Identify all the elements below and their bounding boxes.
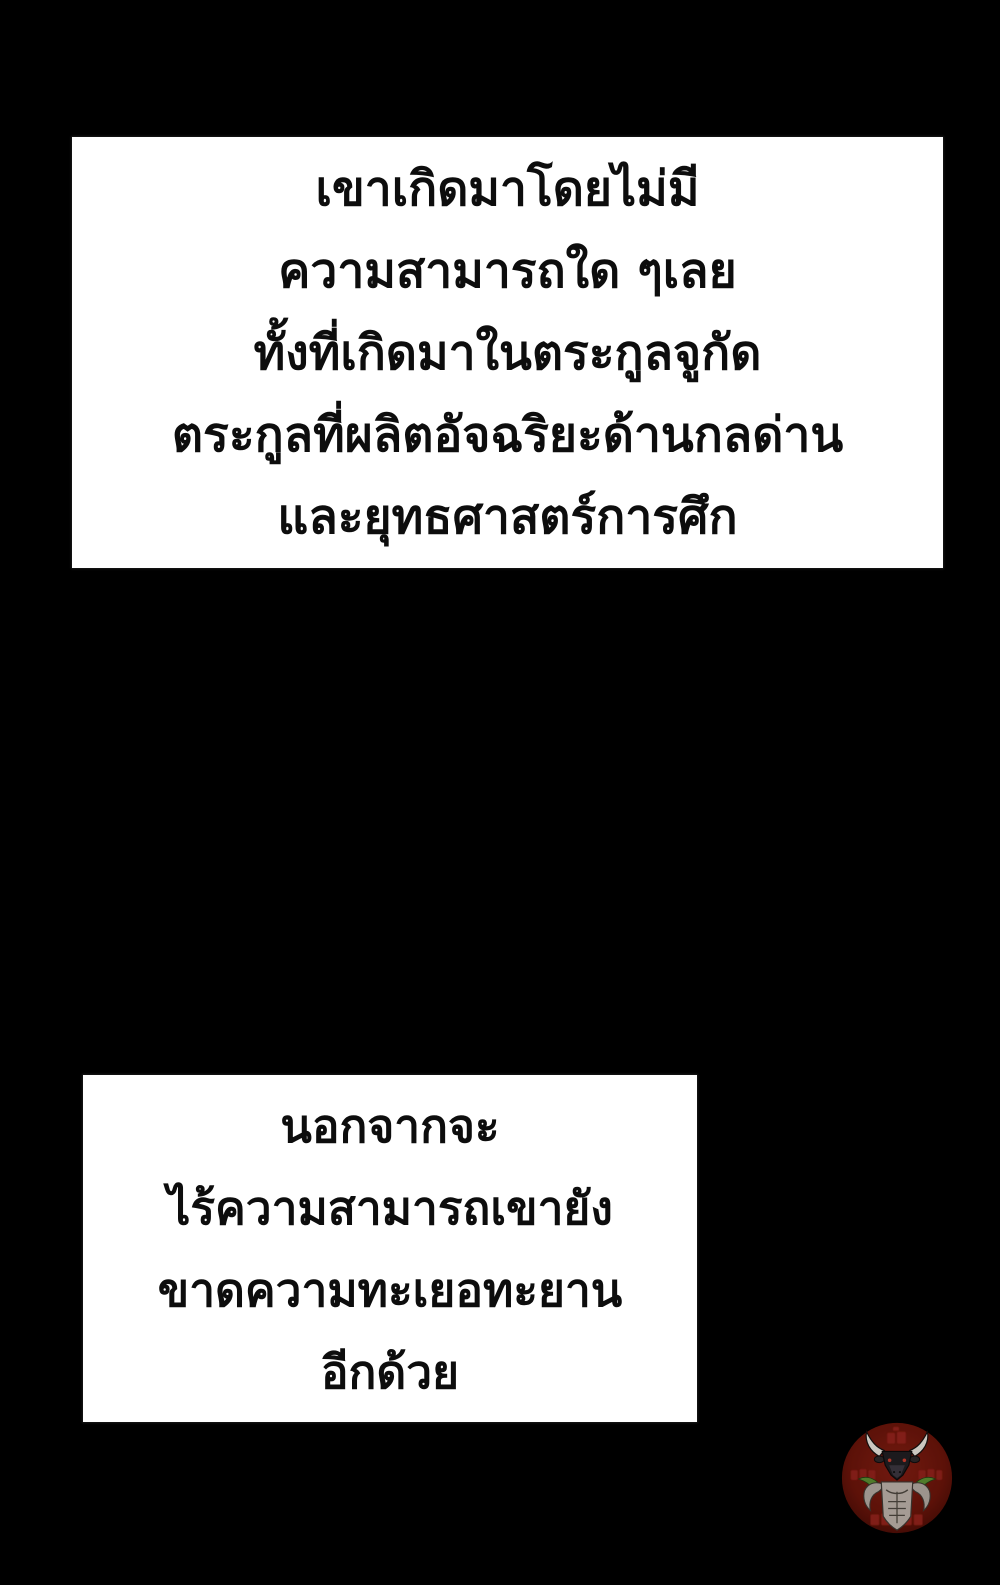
bull-muscle-badge-icon (838, 1419, 956, 1537)
narration-line: ตระกูลที่ผลิตอัจฉริยะด้านกลด่าน (172, 394, 843, 476)
narration-line: และยุทธศาสตร์การศึก (277, 476, 737, 558)
comic-page: เขาเกิดมาโดยไม่มี ความสามารถใด ๆเลย ทั้ง… (0, 0, 1000, 1585)
narration-line: นอกจากจะ (280, 1085, 499, 1167)
narration-panel-bottom: นอกจากจะ ไร้ความสามารถเขายัง ขาดความทะเย… (83, 1075, 697, 1422)
narration-line: ทั้งที่เกิดมาในตระกูลจูกัด (254, 312, 762, 394)
narration-panel-top: เขาเกิดมาโดยไม่มี ความสามารถใด ๆเลย ทั้ง… (72, 137, 943, 568)
bull-logo-watermark (838, 1419, 956, 1537)
narration-line: อีกด้วย (321, 1331, 459, 1413)
narration-line: ขาดความทะเยอทะยาน (158, 1249, 623, 1331)
narration-line: เขาเกิดมาโดยไม่มี (316, 148, 700, 230)
narration-line: ไร้ความสามารถเขายัง (167, 1167, 613, 1249)
narration-line: ความสามารถใด ๆเลย (278, 230, 736, 312)
